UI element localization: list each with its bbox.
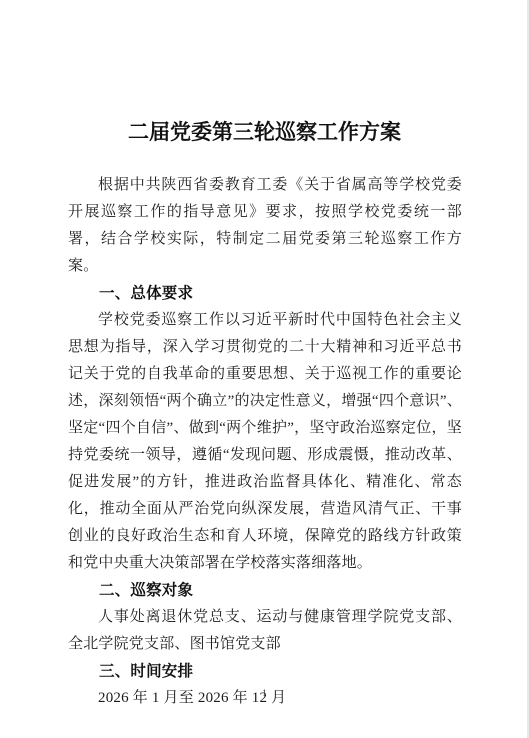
section-heading: 三、时间安排 bbox=[68, 658, 462, 685]
page-number: 1 bbox=[0, 688, 529, 698]
document-title: 二届党委第三轮巡察工作方案 bbox=[20, 119, 509, 146]
section-heading: 二、巡察对象 bbox=[68, 577, 462, 604]
body-paragraph: 人事处离退休党总支、运动与健康管理学院党支部、全北学院党支部、图书馆党支部 bbox=[68, 604, 462, 658]
body-paragraph: 根据中共陕西省委教育工委《关于省属高等学校党委开展巡察工作的指导意见》要求，按照… bbox=[68, 172, 462, 280]
document-body: 根据中共陕西省委教育工委《关于省属高等学校党委开展巡察工作的指导意见》要求，按照… bbox=[68, 172, 462, 712]
section-heading: 一、总体要求 bbox=[68, 280, 462, 307]
document-page: 二届党委第三轮巡察工作方案 根据中共陕西省委教育工委《关于省属高等学校党委开展巡… bbox=[0, 0, 529, 738]
body-paragraph: 学校党委巡察工作以习近平新时代中国特色社会主义思想为指导，深入学习贯彻党的二十大… bbox=[68, 307, 462, 577]
